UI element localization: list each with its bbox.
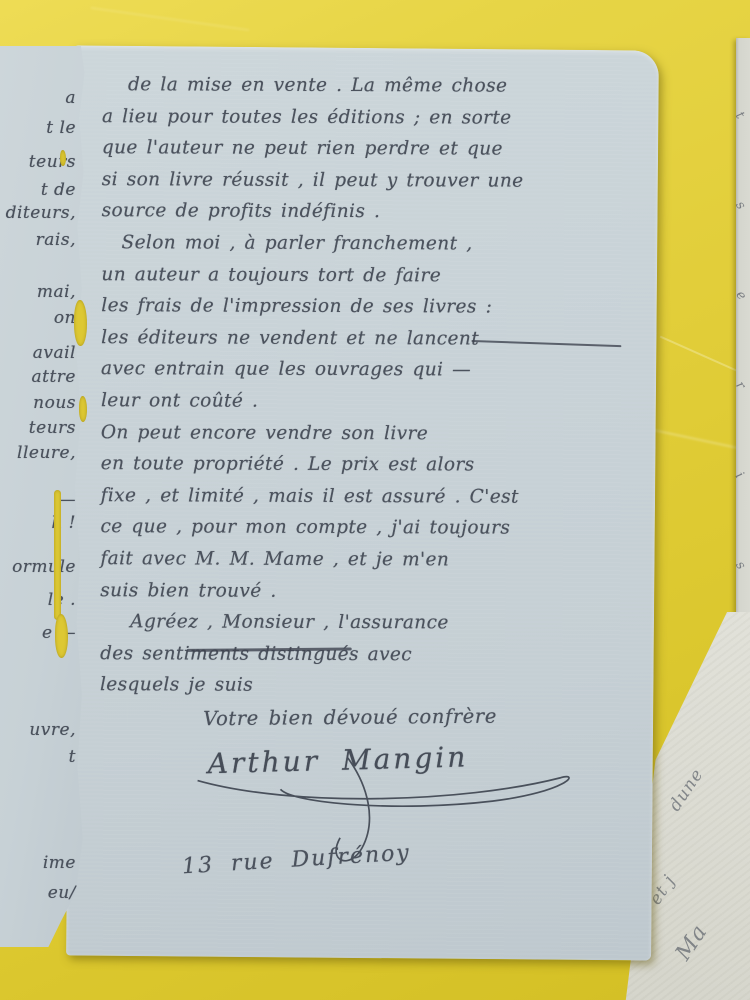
ink-mark: e	[732, 288, 749, 303]
ink-mark: t	[732, 109, 747, 122]
left-page-fragment: diteurs,	[6, 203, 76, 223]
letter-line: fait avec M. M. Mame , et je m'en	[100, 543, 648, 577]
left-page-fragment: eu/	[48, 883, 76, 903]
left-page-fragment: nous	[33, 393, 76, 413]
letter-line: que l'auteur ne peut rien perdre et que	[102, 132, 650, 166]
torn-paper-gap	[74, 300, 87, 346]
letter-line: les éditeurs ne vendent et ne lancent	[101, 322, 649, 356]
valediction: Votre bien dévoué confrère	[203, 705, 497, 731]
letter-line: Selon moi , à parler franchement ,	[101, 227, 649, 261]
left-page-fragment: mai,	[37, 282, 76, 302]
torn-paper-gap	[79, 396, 87, 422]
ink-mark: r	[732, 379, 748, 393]
letter-line: leur ont coûté .	[101, 385, 649, 419]
left-page-fragment: t le	[46, 118, 76, 138]
torn-paper-gap	[55, 614, 68, 658]
letter-line: les frais de l'impression de ses livres …	[101, 290, 649, 324]
letter-line: ce que , pour mon compte , j'ai toujours	[100, 511, 648, 545]
letter-line: fixe , et limité , mais il est assuré . …	[101, 480, 649, 514]
letter-line: avec entrain que les ouvrages qui —	[101, 353, 649, 387]
background-crease	[91, 7, 250, 31]
left-page-fragment: rais,	[36, 230, 76, 250]
left-page-fragment: lleure,	[17, 443, 76, 463]
letter-line: un auteur a toujours tort de faire	[101, 259, 649, 293]
left-page-fragment: t de	[41, 180, 76, 200]
torn-paper-gap	[54, 490, 61, 620]
torn-paper-gap	[60, 150, 66, 166]
letter-line: en toute propriété . Le prix est alors	[101, 448, 649, 482]
letter-body-text: de la mise en vente . La même chose a li…	[100, 69, 650, 703]
left-page-fragment: le .	[48, 590, 76, 610]
left-page-fragment: a	[65, 88, 76, 108]
scrap-handwriting: dune	[665, 765, 708, 815]
ink-mark: i	[732, 469, 747, 481]
left-page-fragment: attre	[32, 367, 77, 387]
left-page-fragment: avail	[33, 343, 76, 363]
left-page-fragment: teurs	[29, 418, 76, 438]
left-page-fragment: on	[54, 308, 76, 328]
previous-page-edge: a t le teurs t de diteurs, rais, mai, on…	[0, 46, 88, 947]
letter-line: On peut encore vendre son livre	[101, 417, 649, 451]
ink-mark: s	[732, 198, 748, 212]
left-page-fragment: —	[59, 490, 77, 510]
letter-line: Agréez , Monsieur , l'assurance	[100, 606, 648, 640]
ink-mark: s	[732, 558, 748, 572]
letter-page: de la mise en vente . La même chose a li…	[66, 45, 659, 960]
letter-line: si son livre réussit , il peut y trouver…	[102, 164, 650, 198]
letter-line: suis bien trouvé .	[100, 575, 648, 609]
letter-line: de la mise en vente . La même chose	[102, 69, 650, 103]
left-page-fragment: t	[69, 747, 76, 767]
left-page-fragment: teurs	[29, 152, 76, 172]
letter-line: a lieu pour toutes les éditions ; en sor…	[102, 101, 650, 135]
background-crease	[641, 427, 750, 456]
photograph-of-letter: t s e r i s e t dune et j Ma de la mise …	[0, 0, 750, 1000]
scrap-handwriting: Ma	[671, 920, 713, 965]
left-page-fragment: ormule	[12, 557, 76, 577]
letter-line: source de profits indéfinis .	[102, 196, 650, 230]
left-page-fragment: ime	[43, 853, 76, 873]
letter-line: lesquels je suis	[100, 669, 648, 703]
left-page-fragment: uvre,	[29, 720, 76, 740]
letter-line: des sentiments distingués avec	[100, 638, 648, 672]
